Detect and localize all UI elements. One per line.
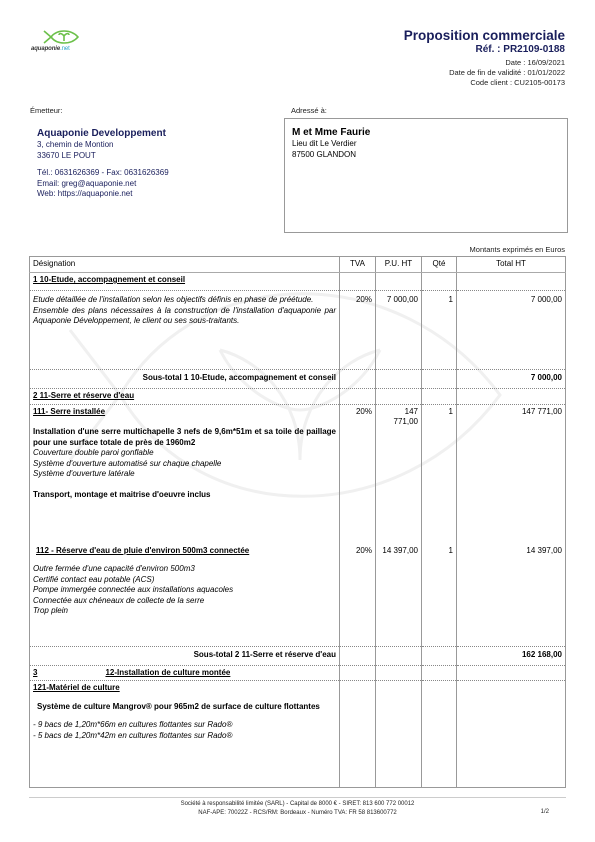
subtotal-row: Sous-total 2 11-Serre et réserve d'eau 1… xyxy=(30,646,566,665)
subtotal-row: Sous-total 1 10-Etude, accompagnement et… xyxy=(30,370,566,389)
item-description: Etude détaillée de l'installation selon … xyxy=(30,291,340,370)
recipient-box: M et Mme Faurie Lieu dit Le Verdier 8750… xyxy=(284,118,568,233)
sender-phone: Tél.: 0631626369 - Fax: 0631626369 xyxy=(37,168,169,179)
item-tva: 20% xyxy=(340,544,376,647)
footer-line-2: NAF-APE: 70022Z - RCS/RM: Bordeaux - Num… xyxy=(0,809,595,818)
section-title: 2 11-Serre et réserve d'eau xyxy=(30,389,340,405)
item-qty: 1 xyxy=(422,291,457,370)
item-footer: Transport, montage et maitrise d'oeuvre … xyxy=(33,490,336,501)
item-line: Système d'ouverture latérale xyxy=(33,469,336,480)
item-desc-2: Ensemble des plans nécessaires à la cons… xyxy=(33,306,336,327)
table-row: 111- Serre installée Installation d'une … xyxy=(30,404,566,544)
section-row: 312-Installation de culture montée xyxy=(30,665,566,681)
item-total: 147 771,00 xyxy=(457,404,566,544)
item-tva: 20% xyxy=(340,404,376,544)
item-qty: 1 xyxy=(422,544,457,647)
section-title: 1 10-Etude, accompagnement et conseil xyxy=(30,273,340,291)
recipient-block: M et Mme Faurie Lieu dit Le Verdier 8750… xyxy=(292,127,370,160)
item-title: 111- Serre installée xyxy=(33,407,336,418)
sender-email: Email: greg@aquaponie.net xyxy=(37,179,169,190)
table-header-row: Désignation TVA P.U. HT Qté Total HT xyxy=(30,257,566,273)
document-title: Proposition commerciale xyxy=(404,28,565,43)
recipient-address-1: Lieu dit Le Verdier xyxy=(292,139,370,150)
sender-address-1: 3, chemin de Montion xyxy=(37,140,169,151)
header-tva: TVA xyxy=(340,257,376,273)
table-row: Etude détaillée de l'installation selon … xyxy=(30,291,566,370)
section-title: 312-Installation de culture montée xyxy=(30,665,340,681)
item-pu: 7 000,00 xyxy=(376,291,422,370)
item-tva: 20% xyxy=(340,291,376,370)
item-line: Certifié contact eau potable (ACS) xyxy=(33,575,336,586)
footer-line-1: Société à responsabilité limitée (SARL) … xyxy=(0,800,595,809)
subtotal-value: 7 000,00 xyxy=(457,370,566,389)
header-designation: Désignation xyxy=(30,257,340,273)
item-line: - 5 bacs de 1,20m*42m en cultures flotta… xyxy=(33,731,336,742)
item-pu: 147 771,00 xyxy=(376,404,422,544)
page-number: 1/2 xyxy=(541,809,549,815)
logo-text: aquaponie.net xyxy=(31,46,70,52)
client-code: Code client : CU2105-00173 xyxy=(470,78,565,87)
item-total: 14 397,00 xyxy=(457,544,566,647)
item-description: 121-Matériel de culture Système de cultu… xyxy=(30,681,340,778)
item-title: 121-Matériel de culture xyxy=(33,683,336,694)
recipient-address-2: 87500 GLANDON xyxy=(292,150,370,161)
sender-label: Émetteur: xyxy=(30,106,63,115)
item-desc-1: Etude détaillée de l'installation selon … xyxy=(33,295,336,306)
item-bold-desc: Système de culture Mangrov® pour 965m2 d… xyxy=(33,702,336,713)
sender-web: Web: https://aquaponie.net xyxy=(37,189,169,200)
item-line: Pompe immergée connectée aux installatio… xyxy=(33,585,336,596)
document-reference: Réf. : PR2109-0188 xyxy=(476,44,566,55)
item-pu: 14 397,00 xyxy=(376,544,422,647)
item-qty: 1 xyxy=(422,404,457,544)
section-name: 12-Installation de culture montée xyxy=(105,668,230,677)
item-description: 111- Serre installée Installation d'une … xyxy=(30,404,340,544)
item-description: 112 - Réserve d'eau de pluie d'environ 5… xyxy=(30,544,340,647)
sender-address-2: 33670 LE POUT xyxy=(37,151,169,162)
subtotal-value: 162 168,00 xyxy=(457,646,566,665)
item-line: Couverture double paroi gonflable xyxy=(33,448,336,459)
item-line: Trop plein xyxy=(33,606,336,617)
header-pu: P.U. HT xyxy=(376,257,422,273)
section-row: 2 11-Serre et réserve d'eau xyxy=(30,389,566,405)
item-line: Outre fermée d'une capacité d'environ 50… xyxy=(33,564,336,575)
footer-divider xyxy=(29,797,566,798)
item-line: Système d'ouverture automatisé sur chaqu… xyxy=(33,459,336,470)
header-total: Total HT xyxy=(457,257,566,273)
validity-date: Date de fin de validité : 01/01/2022 xyxy=(449,68,565,77)
section-row: 1 10-Etude, accompagnement et conseil xyxy=(30,273,566,291)
recipient-name: M et Mme Faurie xyxy=(292,127,370,139)
sender-block: Aquaponie Developpement 3, chemin de Mon… xyxy=(37,128,169,200)
item-title: 112 - Réserve d'eau de pluie d'environ 5… xyxy=(33,546,336,557)
item-total: 7 000,00 xyxy=(457,291,566,370)
subtotal-label: Sous-total 2 11-Serre et réserve d'eau xyxy=(30,646,340,665)
header-qty: Qté xyxy=(422,257,457,273)
items-table: Désignation TVA P.U. HT Qté Total HT 1 1… xyxy=(29,256,566,788)
item-line: - 9 bacs de 1,20m*66m en cultures flotta… xyxy=(33,720,336,731)
currency-note: Montants exprimés en Euros xyxy=(470,245,565,254)
company-logo: aquaponie.net xyxy=(30,28,92,58)
table-last-row xyxy=(30,777,566,788)
table-row: 121-Matériel de culture Système de cultu… xyxy=(30,681,566,778)
recipient-label: Adressé à: xyxy=(291,106,327,115)
subtotal-label: Sous-total 1 10-Etude, accompagnement et… xyxy=(30,370,340,389)
document-date: Date : 16/09/2021 xyxy=(505,58,565,67)
section-number: 3 xyxy=(33,668,37,677)
table-row: 112 - Réserve d'eau de pluie d'environ 5… xyxy=(30,544,566,647)
sender-name: Aquaponie Developpement xyxy=(37,128,169,140)
item-bold-desc: Installation d'une serre multichapelle 3… xyxy=(33,427,336,448)
fish-logo-icon xyxy=(41,28,81,46)
footer-legal: Société à responsabilité limitée (SARL) … xyxy=(0,800,595,818)
item-line: Connectée aux chéneaux de collecte de la… xyxy=(33,596,336,607)
